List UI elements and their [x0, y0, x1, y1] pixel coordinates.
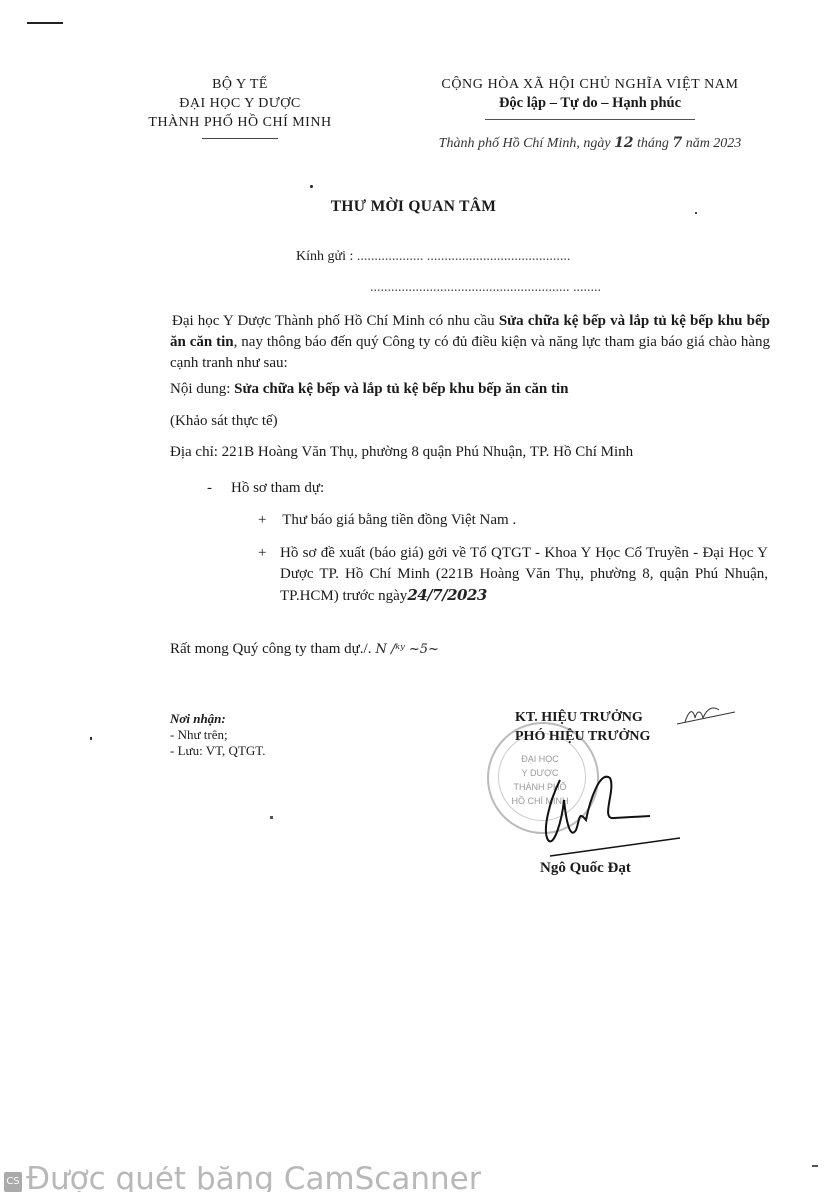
place-date-prefix: Thành phố Hồ Chí Minh, ngày [439, 136, 614, 151]
document-item-text: Thư báo giá bằng tiền đồng Việt Nam . [282, 512, 516, 528]
handwritten-initials: N /ᵏʸ ~5~ [375, 642, 438, 657]
scan-artifact-line [27, 22, 63, 24]
scan-speck [90, 737, 92, 740]
watermark-text: Được quét bằng CamScanner [26, 1166, 481, 1192]
national-motto: Độc lập – Tự do – Hạnh phúc [385, 94, 795, 113]
national-header: CỘNG HÒA XÃ HỘI CHỦ NGHĨA VIỆT NAM Độc l… [385, 75, 795, 120]
recipient-line: Kính gửi : ................... .........… [296, 249, 570, 265]
scan-speck [310, 185, 313, 188]
recipient-blank: ................... ....................… [357, 249, 571, 264]
closing-text: Rất mong Quý công ty tham dự./. [170, 641, 371, 657]
header-left-divider [202, 138, 278, 139]
plus-marker: + [258, 512, 266, 528]
recipient-label: Kính gửi : [296, 249, 353, 264]
submission-text: Hồ sơ đề xuất (báo giá) gởi về Tổ QTGT -… [280, 545, 768, 604]
recipient-item: - Lưu: VT, QTGT. [170, 743, 266, 759]
scanner-watermark: CSĐược quét bằng CamScanner [4, 1156, 481, 1192]
intro-text: Đại học Y Dược Thành phố Hồ Chí Minh có … [172, 313, 499, 329]
recipients-heading: Nơi nhận: [170, 711, 266, 727]
approval-initial-icon [675, 700, 745, 730]
documents-label: Hồ sơ tham dự: [231, 480, 324, 496]
year-label: năm 2023 [682, 136, 741, 151]
handwritten-deadline: 24/7/2023 [407, 586, 487, 604]
scan-artifact-line [812, 1165, 818, 1167]
place-date-line: Thành phố Hồ Chí Minh, ngày 12 tháng 7 n… [400, 135, 780, 152]
camscanner-logo-icon: CS [4, 1172, 22, 1192]
document-item: + Hồ sơ đề xuất (báo giá) gởi về Tổ QTGT… [258, 543, 768, 607]
handwritten-month: 7 [672, 135, 682, 151]
closing-line: Rất mong Quý công ty tham dự./.N /ᵏʸ ~5~ [170, 641, 439, 658]
document-title: THƯ MỜI QUAN TÂM [0, 198, 827, 216]
recipient-item: - Như trên; [170, 727, 266, 743]
content-label: Nội dung: [170, 381, 234, 397]
scan-speck [270, 816, 273, 819]
header-right-divider [485, 119, 695, 120]
nation-name: CỘNG HÒA XÃ HỘI CHỦ NGHĨA VIỆT NAM [385, 75, 795, 94]
university-city: THÀNH PHỐ HỒ CHÍ MINH [110, 113, 370, 132]
handwritten-signature-icon [530, 760, 680, 860]
document-item-text: Hồ sơ đề xuất (báo giá) gởi về Tổ QTGT -… [280, 543, 768, 607]
ministry-name: BỘ Y TẾ [110, 75, 370, 94]
handwritten-day: 12 [614, 135, 633, 151]
issuer-header: BỘ Y TẾ ĐẠI HỌC Y DƯỢC THÀNH PHỐ HỒ CHÍ … [110, 75, 370, 139]
survey-note: (Khảo sát thực tế) [170, 413, 278, 430]
document-item: + Thư báo giá bằng tiền đồng Việt Nam . [258, 512, 516, 529]
intro-text-cont: , nay thông báo đến quý Công ty có đủ đi… [170, 334, 770, 371]
signer-name: Ngô Quốc Đạt [540, 860, 631, 877]
recipient-blank-2: ........................................… [370, 280, 601, 296]
dash-marker: - [207, 480, 231, 497]
intro-paragraph: Đại học Y Dược Thành phố Hồ Chí Minh có … [170, 311, 770, 374]
address-line: Địa chỉ: 221B Hoàng Văn Thụ, phường 8 qu… [170, 444, 633, 461]
content-line: Nội dung: Sửa chữa kệ bếp và lắp tủ kệ b… [170, 381, 569, 398]
month-label: tháng [634, 136, 673, 151]
plus-marker: + [258, 543, 266, 564]
documents-heading: -Hồ sơ tham dự: [207, 480, 324, 497]
content-value: Sửa chữa kệ bếp và lắp tủ kệ bếp khu bếp… [234, 381, 568, 397]
recipients-block: Nơi nhận: - Như trên; - Lưu: VT, QTGT. [170, 711, 266, 759]
university-name: ĐẠI HỌC Y DƯỢC [110, 94, 370, 113]
